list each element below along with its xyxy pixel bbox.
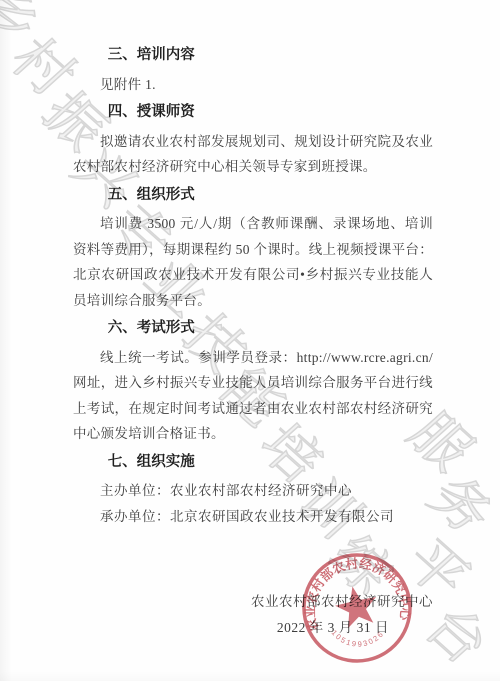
- organizer-unit-line: 承办单位：北京农研国政农业技术开发有限公司: [73, 504, 433, 530]
- section-exam-format: 六、考试形式 线上统一考试。参训学员登录：http://www.rcre.agr…: [73, 316, 433, 447]
- document-body: 三、培训内容 见附件 1. 四、授课师资 拟邀请农业农村部发展规划司、规划设计研…: [0, 0, 500, 640]
- signature-org: 农业农村部农村经济研究中心: [73, 589, 433, 615]
- paragraph: 拟邀请农业农村部发展规划司、规划设计研究院及农业农村部农村经济研究中心相关领导专…: [73, 129, 433, 180]
- section-heading: 四、授课师资: [73, 100, 433, 126]
- signature-date: 2022 年 3 月 31 日: [73, 615, 433, 641]
- signature-block: 农业农村部农村经济研究中心 2022 年 3 月 31 日: [73, 589, 433, 640]
- section-heading: 五、组织形式: [73, 183, 433, 209]
- paragraph: 培训费 3500 元/人/期（含教师课酬、录课场地、培训资料等费用），每期课程约…: [73, 211, 433, 313]
- host-unit-line: 主办单位：农业农村部农村经济研究中心: [73, 478, 433, 504]
- section-training-content: 三、培训内容 见附件 1.: [73, 43, 433, 97]
- section-heading: 七、组织实施: [73, 450, 433, 476]
- document-page: 乡 村 振 兴 专 业 技 能 培 训 综 服 务 平 台 三、培训内容 见附件…: [0, 0, 500, 681]
- section-heading: 三、培训内容: [73, 43, 433, 69]
- section-heading: 六、考试形式: [73, 316, 433, 342]
- paragraph: 见附件 1.: [73, 72, 433, 98]
- section-instructors: 四、授课师资 拟邀请农业农村部发展规划司、规划设计研究院及农业农村部农村经济研究…: [73, 100, 433, 180]
- paragraph: 线上统一考试。参训学员登录：http://www.rcre.agri.cn/网址…: [73, 345, 433, 447]
- section-implementation: 七、组织实施 主办单位：农业农村部农村经济研究中心 承办单位：北京农研国政农业技…: [73, 450, 433, 530]
- section-organization-format: 五、组织形式 培训费 3500 元/人/期（含教师课酬、录课场地、培训资料等费用…: [73, 183, 433, 314]
